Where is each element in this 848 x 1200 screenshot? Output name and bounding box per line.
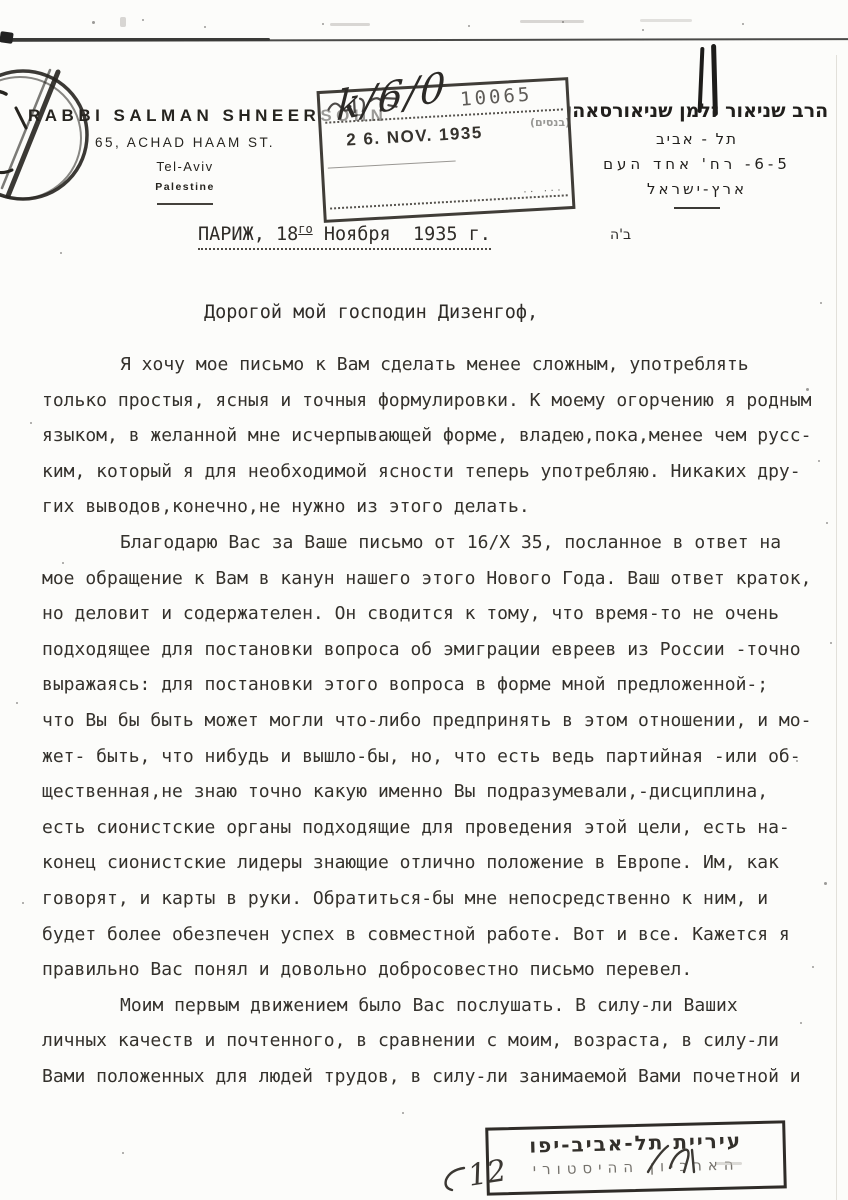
archive-stamp-department: הארכיון ההיסטורי: [489, 1154, 783, 1179]
letter-line: Я хочу мое письмо к Вам сделать менее сл…: [42, 347, 828, 383]
paper-speck: [812, 966, 814, 968]
street-number: -6-5: [745, 155, 791, 173]
scan-smudge: [716, 1162, 742, 1165]
stamp-rule: [328, 160, 456, 168]
paper-speck: [16, 702, 18, 704]
letter-line: подходящее для постановки вопроса об эми…: [42, 632, 828, 668]
handwritten-file-number: k/6/0: [335, 63, 448, 130]
bh-hebrew-mark: ב'ה: [610, 227, 631, 243]
paper-speck: [826, 522, 828, 524]
scan-smudge: [120, 17, 126, 27]
letter-line: но деловит и содержателен. Он сводится к…: [42, 596, 828, 632]
received-date-stamp: 2 6. NOV. 1935: [346, 123, 484, 151]
page-edge-artifact: [836, 55, 837, 1200]
letter-line: личных качеств и почтенного, в сравнении…: [42, 1023, 828, 1059]
letter-line: выражаясь: для постановки этого вопроса …: [42, 667, 828, 703]
sender-country-hebrew: ארץ-ישראל: [562, 180, 832, 198]
letter-line: Моим первым движением было Вас послушать…: [42, 988, 828, 1024]
sender-city-hebrew: תל - אביב: [562, 130, 832, 148]
scan-smudge: [330, 23, 370, 26]
letter-line: только простыя, ясныя и точныя формулиро…: [42, 383, 828, 419]
paper-speck: [204, 26, 206, 28]
paper-speck: [796, 760, 798, 762]
letter-line: Благодарю Вас за Ваше письмо от 16/X 35,…: [42, 525, 828, 561]
letter-line: гих выводов,конечно,не нужно из этого де…: [42, 489, 828, 525]
letter-body: Я хочу мое письмо к Вам сделать менее сл…: [42, 347, 828, 1094]
paper-speck: [830, 642, 832, 644]
paper-speck: [60, 252, 62, 254]
paper-speck: [800, 1022, 802, 1024]
sender-name-english: RABBI SALMAN SHNEERSOHN: [28, 106, 342, 126]
paper-speck: [818, 460, 820, 462]
paper-speck: [820, 302, 822, 304]
sender-street-hebrew: -6-5 רח' אחד העם: [562, 155, 832, 173]
handwritten-scribble: [640, 1138, 710, 1186]
letter-date-line: ПАРИЖ, 18го Ноября 1935 г.: [198, 222, 491, 245]
date-ordinal: го: [298, 222, 312, 236]
scan-smudge: [520, 20, 584, 23]
letter-line: жет- быть, что нибудь и вышло-бы, но, чт…: [42, 739, 828, 775]
paper-speck: [92, 21, 95, 24]
paper-speck: [806, 388, 809, 391]
scan-line-artifact: [0, 38, 270, 41]
paper-speck: [62, 562, 64, 564]
date-city-day: ПАРИЖ, 18: [198, 224, 298, 245]
letter-line: конец сионистские лидеры знающие отлично…: [42, 845, 828, 881]
scan-blob-artifact: [0, 31, 14, 44]
archive-stamp-box: עיריית תל-אביב-יפו הארכיון ההיסטורי: [485, 1120, 787, 1195]
paper-speck: [824, 882, 827, 885]
sender-name-hebrew: הרב שניאור זלמן שניאורסאהן: [562, 100, 832, 122]
street-name: רח' אחד העם: [603, 155, 736, 173]
letter-line: будет более обезпечен успех в совместной…: [42, 917, 828, 953]
paper-speck: [402, 1112, 404, 1114]
letter-line: щественная,не знаю точно какую именно Вы…: [42, 774, 828, 810]
scan-smudge: [640, 19, 692, 22]
paper-speck: [468, 25, 470, 27]
registry-number: 10065: [459, 84, 533, 111]
paper-speck: [30, 422, 32, 424]
paper-speck: [22, 902, 24, 904]
letterhead-english: RABBI SALMAN SHNEERSOHN 65, ACHAD HAAM S…: [28, 106, 342, 205]
sender-street-english: 65, ACHAD HAAM ST.: [28, 135, 342, 150]
paper-speck: [642, 29, 644, 31]
archive-stamp-municipality: עיריית תל-אביב-יפו: [488, 1127, 782, 1158]
letter-line: языком, в желанной мне исчерпывающей фор…: [42, 418, 828, 454]
handwritten-scribble: [438, 1162, 472, 1200]
paper-speck: [322, 23, 324, 25]
letter-line: правильно Вас понял и довольно добросове…: [42, 952, 828, 988]
paper-speck: [562, 21, 564, 23]
received-stamp-box: 10065 k/6/0 2 6. NOV. 1935 ·· ···: [317, 77, 576, 223]
paper-speck: [742, 23, 744, 25]
letter-line: говорят, и карты в руки. Обратиться-бы м…: [42, 881, 828, 917]
letterhead-hebrew: הרב שניאור זלמן שניאורסאהן (בנסים) תל - …: [562, 100, 832, 209]
scanned-letter-page: RABBI SALMAN SHNEERSOHN 65, ACHAD HAAM S…: [0, 0, 848, 1200]
paper-speck: [142, 19, 144, 21]
letterhead-rule: [157, 203, 213, 205]
paper-speck: [122, 1152, 124, 1154]
salutation: Дорогой мой господин Дизенгоф,: [204, 302, 538, 323]
letter-line: Вами положенных для людей трудов, в силу…: [42, 1059, 828, 1095]
sender-city-english: Tel-Aviv: [28, 159, 342, 174]
letter-line: мое обращение к Вам в канун нашего этого…: [42, 561, 828, 597]
letter-line: ким, который я для необходимой ясности т…: [42, 454, 828, 490]
letter-line: есть сионистские органы подходящие для п…: [42, 810, 828, 846]
date-month-year: Ноября 1935 г.: [313, 224, 491, 245]
sender-country-english: Palestine: [28, 181, 342, 193]
letter-line: что Вы бы быть может могли что-либо пред…: [42, 703, 828, 739]
letterhead-rule: [674, 207, 720, 209]
stamp-dotted-line: [330, 194, 568, 209]
